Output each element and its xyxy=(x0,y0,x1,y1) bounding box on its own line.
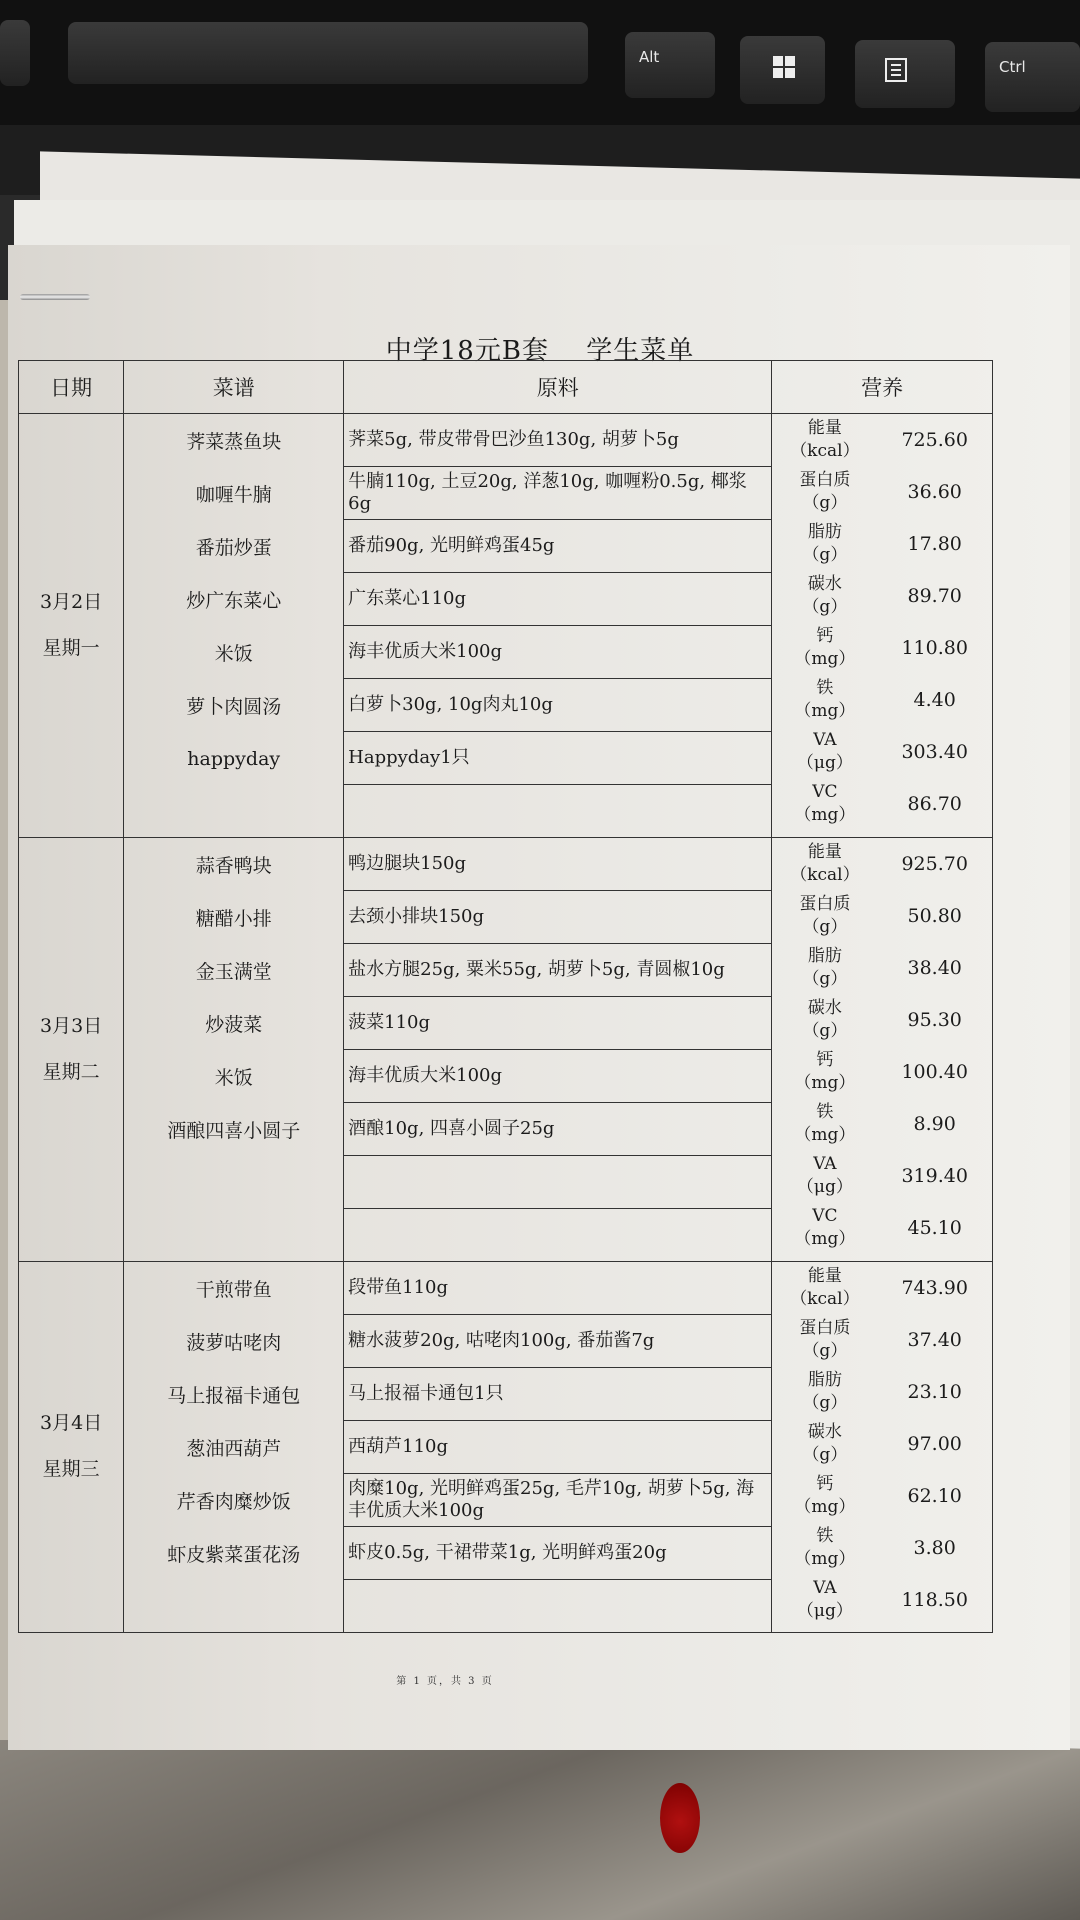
nutrient-unit: （mg） xyxy=(772,1072,877,1095)
dish-item: 炒广东菜心 xyxy=(124,573,343,626)
nutrient-row: 蛋白质（g）50.80 xyxy=(772,890,992,942)
ingredient-item: 白萝卜30g, 10g肉丸10g xyxy=(344,679,771,732)
nutrient-value: 97.00 xyxy=(877,1433,992,1455)
dish-item: happyday xyxy=(124,732,343,785)
nutrient-row: 铁（mg）8.90 xyxy=(772,1098,992,1150)
nutrient-unit: （mg） xyxy=(772,648,877,671)
ingredient-item: 广东菜心110g xyxy=(344,573,771,626)
dish-item: 米饭 xyxy=(124,1050,343,1103)
context-menu-icon xyxy=(885,58,907,82)
ingredient-item: 虾皮0.5g, 干裙带菜1g, 光明鲜鸡蛋20g xyxy=(344,1527,771,1580)
nutrient-unit: （μg） xyxy=(772,1176,877,1199)
nutrient-row: 能量（kcal）743.90 xyxy=(772,1262,992,1314)
alt-key: Alt xyxy=(625,32,715,98)
fabric-background xyxy=(0,1740,1080,1920)
nutrient-unit: （g） xyxy=(772,968,877,991)
nutrient-label: 碳水 xyxy=(772,997,877,1020)
ingredient-item: 盐水方腿25g, 粟米55g, 胡萝卜5g, 青圆椒10g xyxy=(344,944,771,997)
nutrient-label: VA xyxy=(772,1577,877,1600)
dish-item: 番茄炒蛋 xyxy=(124,520,343,573)
keyboard-key xyxy=(0,20,30,86)
nutrient-unit: （mg） xyxy=(772,700,877,723)
nutrient-label: 碳水 xyxy=(772,1421,877,1444)
dish-item: 荠菜蒸鱼块 xyxy=(124,414,343,467)
nutrient-row: 能量（kcal）925.70 xyxy=(772,838,992,890)
ctrl-key-label: Ctrl xyxy=(999,58,1026,76)
nutrient-label: 能量 xyxy=(772,417,877,440)
nutrient-unit: （g） xyxy=(772,1444,877,1467)
nutrient-row: 脂肪（g）23.10 xyxy=(772,1366,992,1418)
alt-key-label: Alt xyxy=(639,48,659,66)
nutrient-value: 23.10 xyxy=(877,1381,992,1403)
date-cell: 3月2日 星期一 xyxy=(19,414,124,838)
dish-item: 米饭 xyxy=(124,626,343,679)
date-label: 3月4日 xyxy=(19,1401,123,1447)
dish-item: 炒菠菜 xyxy=(124,997,343,1050)
dish-item: 酒酿四喜小圆子 xyxy=(124,1103,343,1156)
nutrient-row: 钙（mg）62.10 xyxy=(772,1470,992,1522)
nutrient-row: VA（μg）319.40 xyxy=(772,1150,992,1202)
nutrient-label: 钙 xyxy=(772,1473,877,1496)
dish-item: 糖醋小排 xyxy=(124,891,343,944)
nutrient-value: 17.80 xyxy=(877,533,992,555)
nutrient-row: 脂肪（g）17.80 xyxy=(772,518,992,570)
nutrient-unit: （g） xyxy=(772,1020,877,1043)
nutrient-value: 4.40 xyxy=(877,689,992,711)
day-row: 3月3日 星期二 蒜香鸭块 糖醋小排 金玉满堂 炒菠菜 米饭 酒酿四喜小圆子 鸭… xyxy=(19,838,993,1262)
ingredient-item xyxy=(344,1580,771,1632)
dish-item: 葱油西葫芦 xyxy=(124,1421,343,1474)
page-number: 第 1 页，共 3 页 xyxy=(0,1672,890,1687)
nutrient-unit: （mg） xyxy=(772,1124,877,1147)
nutrient-row: VA（μg）303.40 xyxy=(772,726,992,778)
nutrient-row: 碳水（g）95.30 xyxy=(772,994,992,1046)
nutrient-unit: （kcal） xyxy=(772,864,877,887)
header-date: 日期 xyxy=(19,361,124,414)
ingredient-item: 酒酿10g, 四喜小圆子25g xyxy=(344,1103,771,1156)
windows-key xyxy=(740,36,825,104)
nutrient-label: 钙 xyxy=(772,625,877,648)
windows-logo-icon xyxy=(773,56,795,78)
nutrient-label: 铁 xyxy=(772,1101,877,1124)
nutrient-value: 3.80 xyxy=(877,1537,992,1559)
weekday-label: 星期一 xyxy=(19,626,123,672)
nutrient-label: VC xyxy=(772,1205,877,1228)
nutrient-row: VC（mg）45.10 xyxy=(772,1202,992,1254)
nutrient-value: 110.80 xyxy=(877,637,992,659)
dish-item: 咖喱牛腩 xyxy=(124,467,343,520)
nutrient-row: 能量（kcal）725.60 xyxy=(772,414,992,466)
nutrient-row: VC（mg）86.70 xyxy=(772,778,992,830)
nutrient-unit: （g） xyxy=(772,1340,877,1363)
nutrient-value: 62.10 xyxy=(877,1485,992,1507)
nutrient-label: 能量 xyxy=(772,1265,877,1288)
nutrition-cell: 能量（kcal）925.70 蛋白质（g）50.80 脂肪（g）38.40 碳水… xyxy=(772,838,993,1262)
nutrient-label: 铁 xyxy=(772,1525,877,1548)
red-button-object xyxy=(660,1783,700,1853)
nutrient-row: 蛋白质（g）37.40 xyxy=(772,1314,992,1366)
ingredient-item: 马上报福卡通包1只 xyxy=(344,1368,771,1421)
nutrient-row: 钙（mg）100.40 xyxy=(772,1046,992,1098)
nutrient-label: 碳水 xyxy=(772,573,877,596)
weekday-label: 星期二 xyxy=(19,1050,123,1096)
dish-cell: 荠菜蒸鱼块 咖喱牛腩 番茄炒蛋 炒广东菜心 米饭 萝卜肉圆汤 happyday xyxy=(124,414,344,838)
nutrient-row: 碳水（g）97.00 xyxy=(772,1418,992,1470)
nutrient-row: 钙（mg）110.80 xyxy=(772,622,992,674)
nutrient-unit: （g） xyxy=(772,1392,877,1415)
nutrient-unit: （g） xyxy=(772,544,877,567)
nutrient-row: 碳水（g）89.70 xyxy=(772,570,992,622)
ingredient-item: 菠菜110g xyxy=(344,997,771,1050)
nutrient-value: 725.60 xyxy=(877,429,992,451)
nutrition-cell: 能量（kcal）725.60 蛋白质（g）36.60 脂肪（g）17.80 碳水… xyxy=(772,414,993,838)
menu-table: 日期 菜谱 原料 营养 3月2日 星期一 荠菜蒸鱼块 咖喱牛腩 番茄炒蛋 炒广东… xyxy=(18,360,993,1633)
ingredient-item: 鸭边腿块150g xyxy=(344,838,771,891)
dish-item: 蒜香鸭块 xyxy=(124,838,343,891)
nutrient-value: 8.90 xyxy=(877,1113,992,1135)
ingredient-item: 去颈小排块150g xyxy=(344,891,771,944)
ingredient-item: 海丰优质大米100g xyxy=(344,626,771,679)
nutrient-unit: （μg） xyxy=(772,752,877,775)
dish-item: 菠萝咕咾肉 xyxy=(124,1315,343,1368)
ingredient-item: 海丰优质大米100g xyxy=(344,1050,771,1103)
nutrient-unit: （kcal） xyxy=(772,1288,877,1311)
day-row: 3月4日 星期三 干煎带鱼 菠萝咕咾肉 马上报福卡通包 葱油西葫芦 芹香肉糜炒饭… xyxy=(19,1262,993,1633)
nutrient-value: 303.40 xyxy=(877,741,992,763)
spacebar-key xyxy=(68,22,588,84)
ingredient-item xyxy=(344,1209,771,1261)
nutrient-row: 铁（mg）4.40 xyxy=(772,674,992,726)
ingredient-item: 番茄90g, 光明鲜鸡蛋45g xyxy=(344,520,771,573)
nutrient-row: VA（μg）118.50 xyxy=(772,1574,992,1626)
nutrient-unit: （mg） xyxy=(772,1548,877,1571)
nutrient-value: 100.40 xyxy=(877,1061,992,1083)
nutrient-label: 蛋白质 xyxy=(772,893,877,916)
nutrient-row: 铁（mg）3.80 xyxy=(772,1522,992,1574)
day-row: 3月2日 星期一 荠菜蒸鱼块 咖喱牛腩 番茄炒蛋 炒广东菜心 米饭 萝卜肉圆汤 … xyxy=(19,414,993,838)
dish-item: 芹香肉糜炒饭 xyxy=(124,1474,343,1527)
date-label: 3月2日 xyxy=(19,580,123,626)
nutrient-label: 蛋白质 xyxy=(772,469,877,492)
menu-key xyxy=(855,40,955,108)
ingredient-item: 西葫芦110g xyxy=(344,1421,771,1474)
staple-icon xyxy=(20,294,90,300)
nutrient-unit: （g） xyxy=(772,916,877,939)
nutrient-value: 95.30 xyxy=(877,1009,992,1031)
nutrient-value: 319.40 xyxy=(877,1165,992,1187)
dish-item: 虾皮紫菜蛋花汤 xyxy=(124,1527,343,1580)
date-cell: 3月4日 星期三 xyxy=(19,1262,124,1633)
ctrl-key: Ctrl xyxy=(985,42,1080,112)
ingredient-item xyxy=(344,785,771,837)
nutrient-unit: （g） xyxy=(772,492,877,515)
nutrient-unit: （kcal） xyxy=(772,440,877,463)
dish-cell: 干煎带鱼 菠萝咕咾肉 马上报福卡通包 葱油西葫芦 芹香肉糜炒饭 虾皮紫菜蛋花汤 xyxy=(124,1262,344,1633)
ingredient-item: 荠菜5g, 带皮带骨巴沙鱼130g, 胡萝卜5g xyxy=(344,414,771,467)
ingredient-item: 段带鱼110g xyxy=(344,1262,771,1315)
ingredients-cell: 鸭边腿块150g 去颈小排块150g 盐水方腿25g, 粟米55g, 胡萝卜5g… xyxy=(344,838,772,1262)
nutrient-label: 脂肪 xyxy=(772,1369,877,1392)
nutrient-value: 36.60 xyxy=(877,481,992,503)
nutrient-unit: （mg） xyxy=(772,1496,877,1519)
ingredient-item xyxy=(344,1156,771,1209)
nutrient-unit: （μg） xyxy=(772,1600,877,1623)
date-label: 3月3日 xyxy=(19,1004,123,1050)
ingredient-item: Happyday1只 xyxy=(344,732,771,785)
ingredient-item: 肉糜10g, 光明鲜鸡蛋25g, 毛芹10g, 胡萝卜5g, 海丰优质大米100… xyxy=(344,1474,771,1527)
nutrient-value: 37.40 xyxy=(877,1329,992,1351)
dish-cell: 蒜香鸭块 糖醋小排 金玉满堂 炒菠菜 米饭 酒酿四喜小圆子 xyxy=(124,838,344,1262)
nutrient-label: VA xyxy=(772,729,877,752)
ingredients-cell: 段带鱼110g 糖水菠萝20g, 咕咾肉100g, 番茄酱7g 马上报福卡通包1… xyxy=(344,1262,772,1633)
nutrient-unit: （g） xyxy=(772,596,877,619)
nutrient-label: VA xyxy=(772,1153,877,1176)
header-ingredients: 原料 xyxy=(344,361,772,414)
nutrient-row: 脂肪（g）38.40 xyxy=(772,942,992,994)
nutrient-label: VC xyxy=(772,781,877,804)
nutrient-value: 118.50 xyxy=(877,1589,992,1611)
header-nutrition: 营养 xyxy=(772,361,993,414)
dish-item: 萝卜肉圆汤 xyxy=(124,679,343,732)
table-header-row: 日期 菜谱 原料 营养 xyxy=(19,361,993,414)
nutrition-cell: 能量（kcal）743.90 蛋白质（g）37.40 脂肪（g）23.10 碳水… xyxy=(772,1262,993,1633)
nutrient-value: 86.70 xyxy=(877,793,992,815)
nutrient-unit: （mg） xyxy=(772,1228,877,1251)
nutrient-label: 铁 xyxy=(772,677,877,700)
ingredient-item: 糖水菠萝20g, 咕咾肉100g, 番茄酱7g xyxy=(344,1315,771,1368)
nutrient-value: 89.70 xyxy=(877,585,992,607)
nutrient-value: 45.10 xyxy=(877,1217,992,1239)
nutrient-value: 925.70 xyxy=(877,853,992,875)
nutrient-label: 蛋白质 xyxy=(772,1317,877,1340)
weekday-label: 星期三 xyxy=(19,1447,123,1493)
nutrient-label: 钙 xyxy=(772,1049,877,1072)
dish-item: 马上报福卡通包 xyxy=(124,1368,343,1421)
nutrient-label: 脂肪 xyxy=(772,521,877,544)
nutrient-row: 蛋白质（g）36.60 xyxy=(772,466,992,518)
nutrient-unit: （mg） xyxy=(772,804,877,827)
nutrient-label: 能量 xyxy=(772,841,877,864)
ingredients-cell: 荠菜5g, 带皮带骨巴沙鱼130g, 胡萝卜5g 牛腩110g, 土豆20g, … xyxy=(344,414,772,838)
dish-item: 金玉满堂 xyxy=(124,944,343,997)
ingredient-item: 牛腩110g, 土豆20g, 洋葱10g, 咖喱粉0.5g, 椰浆6g xyxy=(344,467,771,520)
nutrient-value: 50.80 xyxy=(877,905,992,927)
nutrient-value: 38.40 xyxy=(877,957,992,979)
nutrient-value: 743.90 xyxy=(877,1277,992,1299)
date-cell: 3月3日 星期二 xyxy=(19,838,124,1262)
header-dish: 菜谱 xyxy=(124,361,344,414)
nutrient-label: 脂肪 xyxy=(772,945,877,968)
dish-item: 干煎带鱼 xyxy=(124,1262,343,1315)
